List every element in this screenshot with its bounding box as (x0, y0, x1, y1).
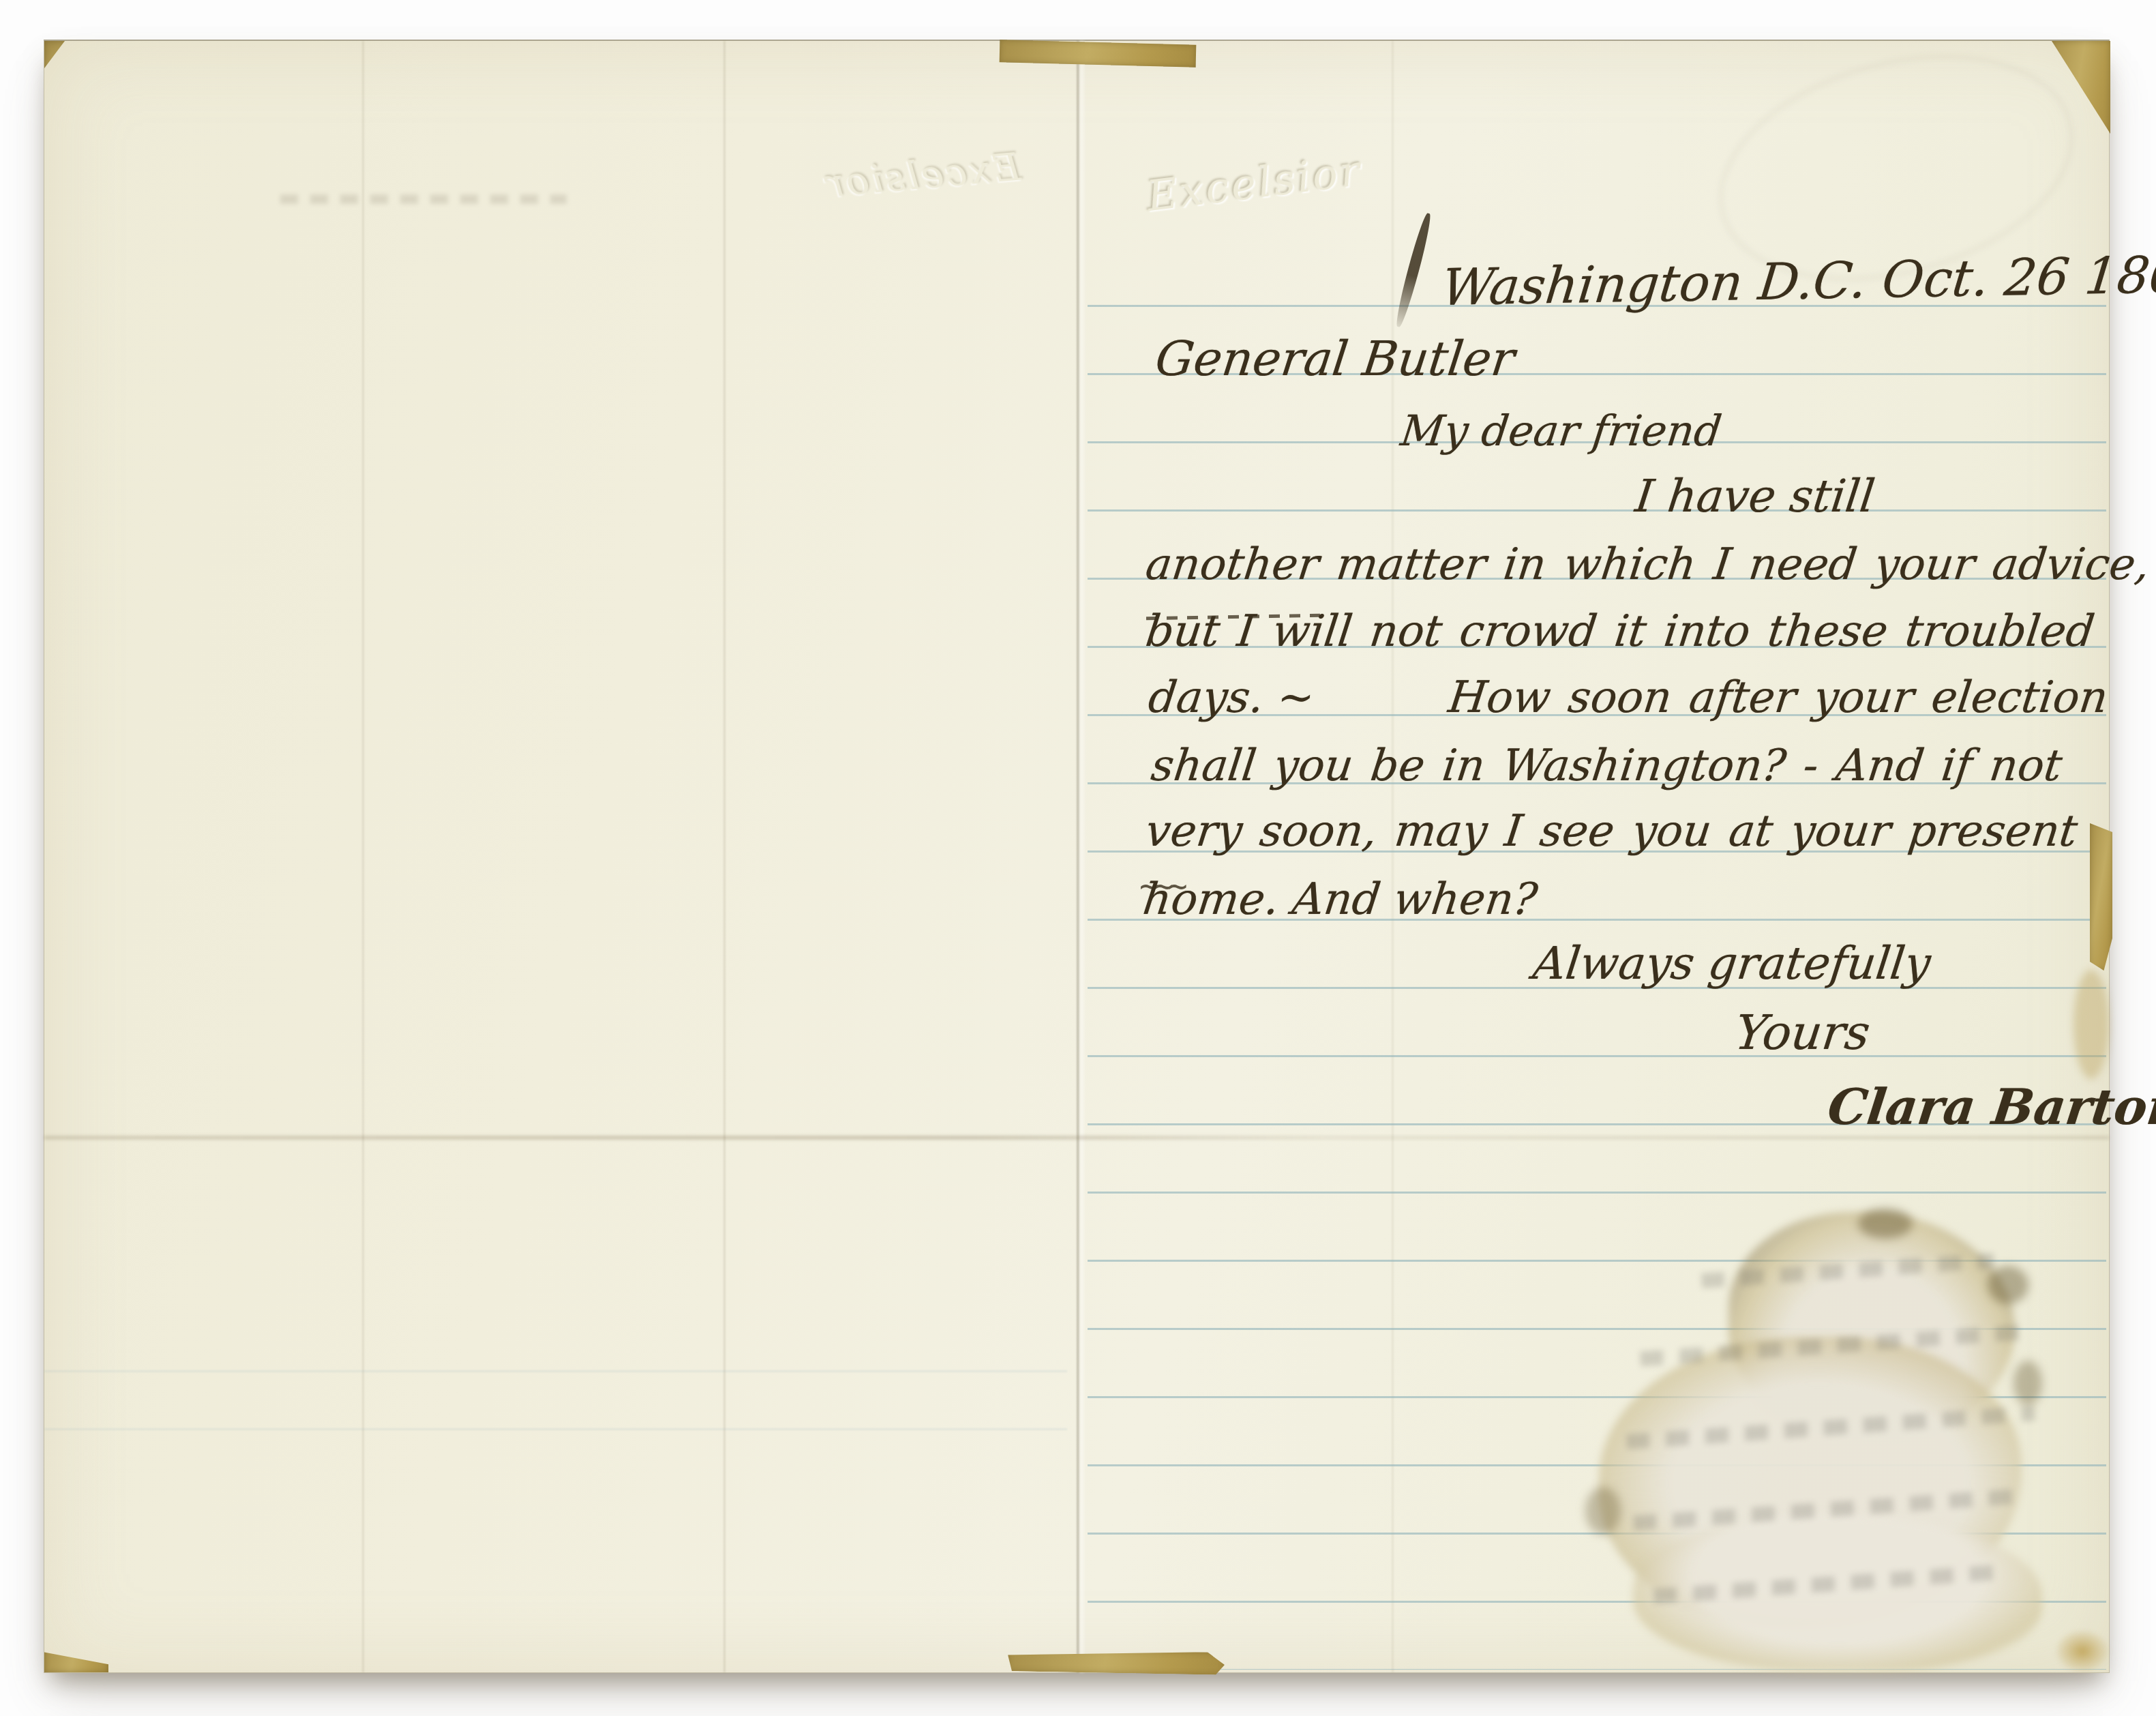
body-line-3-how-soon: How soon after your election (1446, 676, 2110, 720)
corner-stain-bottom-right (2056, 1630, 2109, 1672)
bleed-through-line-2 (44, 1428, 1067, 1430)
tape-top-left-corner (44, 41, 65, 68)
body-line-4: shall you be in Washington? - And if not (1149, 744, 2065, 788)
letter-paper: Excelsior Excelsior Washington D.C. Oct.… (44, 40, 2110, 1673)
body-line-3-days: days. ~ (1146, 676, 1317, 720)
fold-crease-center-highlight (1079, 41, 1084, 1672)
body-line-2: but I will not crowd it into these troub… (1143, 610, 2097, 653)
body-line-5: very soon, may I see you at your present (1143, 810, 2080, 853)
body-line-1: another matter in which I need your advi… (1143, 543, 2152, 587)
stain-dark-spot-4 (1585, 1487, 1621, 1535)
edge-stain-right (2073, 970, 2109, 1079)
closing-line-1: Always gratefully (1531, 941, 1933, 986)
bleed-through-smudge-top-left (280, 194, 567, 204)
stain-dark-spot-1 (1858, 1209, 1913, 1239)
bleed-through-line-1 (44, 1370, 1067, 1372)
signature: Clara Barton (1825, 1082, 2156, 1131)
tape-bottom-left-corner (44, 1644, 108, 1672)
letter-scan: Excelsior Excelsior Washington D.C. Oct.… (0, 0, 2156, 1716)
tape-top-middle (1000, 40, 1197, 68)
tape-right-edge (2090, 823, 2112, 971)
closing-line-2: Yours (1733, 1009, 1872, 1056)
stain-dark-spot-3 (2013, 1361, 2042, 1406)
embossed-stamp-excelsior: Excelsior (1144, 145, 1365, 221)
stain-dark-spot-2 (1988, 1266, 2028, 1304)
body-line-6: home. And when? (1141, 878, 1540, 921)
salutation-line: My dear friend (1398, 410, 1724, 452)
opening-line: I have still (1633, 474, 1877, 519)
embossed-stamp-excelsior-mirrored: Excelsior (822, 145, 1023, 207)
date-line: Washington D.C. Oct. 26 1868. (1439, 249, 2156, 313)
recipient-line: General Butler (1153, 335, 1517, 383)
